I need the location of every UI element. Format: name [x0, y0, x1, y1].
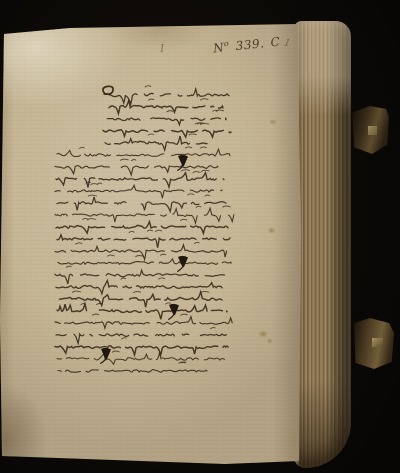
page-stain [266, 338, 273, 344]
archival-number-superscript: o [223, 39, 229, 49]
corner-tick-mark: 1 [283, 37, 292, 49]
clasp-catch [372, 338, 383, 347]
page-stain [267, 227, 276, 234]
archival-number-value: 339. C [235, 35, 281, 54]
archival-number: No 339. C [212, 34, 281, 56]
clasp-catch [368, 126, 377, 135]
book-clasp-bottom [354, 318, 394, 369]
page-stain [269, 119, 277, 125]
manuscript-photo: I 1 No 339. C [0, 0, 400, 473]
manuscript-page: I 1 No 339. C [0, 20, 304, 468]
page-stain [258, 330, 268, 338]
folio-mark: I [160, 42, 165, 55]
paper-texture [0, 20, 304, 468]
book-fore-edge [294, 21, 351, 468]
book-clasp-top [352, 106, 389, 154]
